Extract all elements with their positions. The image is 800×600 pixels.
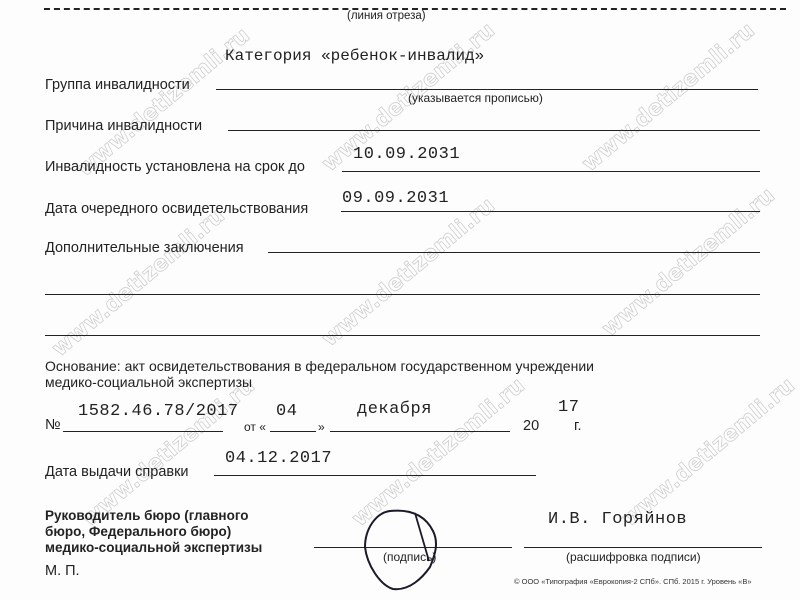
year-prefix: 20 [523,418,539,434]
basis-text-line2: медико-социальной экспертизы [45,374,252,390]
disability-reason-field[interactable] [228,130,760,131]
act-day-value: 04 [276,402,297,421]
bureau-head-title: Руководитель бюро (главного бюро, Федера… [45,508,262,556]
disability-group-hint: (указывается прописью) [408,91,543,105]
disability-term-field[interactable] [342,171,760,172]
disability-group-label: Группа инвалидности [45,77,190,93]
act-number-field[interactable] [63,431,223,432]
act-month-field[interactable] [330,431,510,432]
page-title: Категория «ребенок-инвалид» [225,47,484,65]
signer-name-field[interactable] [524,547,762,548]
act-number-value: 1582.46.78/2017 [78,402,239,421]
disability-reason-label: Причина инвалидности [45,118,202,134]
next-examination-label: Дата очередного освидетельствования [45,201,308,217]
year-suffix: г. [574,418,582,434]
watermark: www.detizemli.ru [617,373,799,532]
basis-text-line1: Основание: акт освидетельствования в фед… [45,358,594,374]
disability-group-field[interactable] [216,89,758,90]
watermark: www.detizemli.ru [597,183,779,342]
next-examination-value: 09.09.2031 [342,189,449,208]
bureau-head-line2: бюро, Федерального бюро) [45,524,262,540]
stamp-label: М. П. [45,563,80,579]
from-close: » [318,420,325,434]
disability-term-label: Инвалидность установлена на срок до [45,159,305,175]
bureau-head-line3: медико-социальной экспертизы [45,540,262,556]
signer-name-value: И.В. Горяйнов [548,510,687,529]
additional-conclusions-field[interactable] [268,252,760,253]
act-year-value: 17 [558,398,579,417]
printer-note: © ООО «Типография «Еврокопия-2 СПб». СПб… [514,577,752,586]
additional-conclusions-line-2[interactable] [45,294,760,295]
watermark: www.detizemli.ru [317,193,499,352]
act-month-value: декабря [357,400,432,419]
disability-term-value: 10.09.2031 [353,145,460,164]
additional-conclusions-line-3[interactable] [45,335,760,336]
watermark: www.detizemli.ru [577,18,759,177]
number-sign: № [45,417,61,433]
issue-date-value: 04.12.2017 [225,449,332,468]
signer-name-field-left[interactable] [480,547,512,548]
handwritten-signature [355,505,455,595]
watermark: www.detizemli.ru [47,203,229,362]
additional-conclusions-label: Дополнительные заключения [45,240,244,256]
issue-date-label: Дата выдачи справки [45,464,189,480]
next-examination-field[interactable] [341,211,760,212]
issue-date-field[interactable] [214,475,536,476]
cut-line-label: (линия отреза) [347,10,426,22]
from-label: от « [244,420,266,434]
bureau-head-line1: Руководитель бюро (главного [45,508,262,524]
act-day-field[interactable] [270,431,316,432]
signer-name-caption: (расшифровка подписи) [566,550,701,564]
